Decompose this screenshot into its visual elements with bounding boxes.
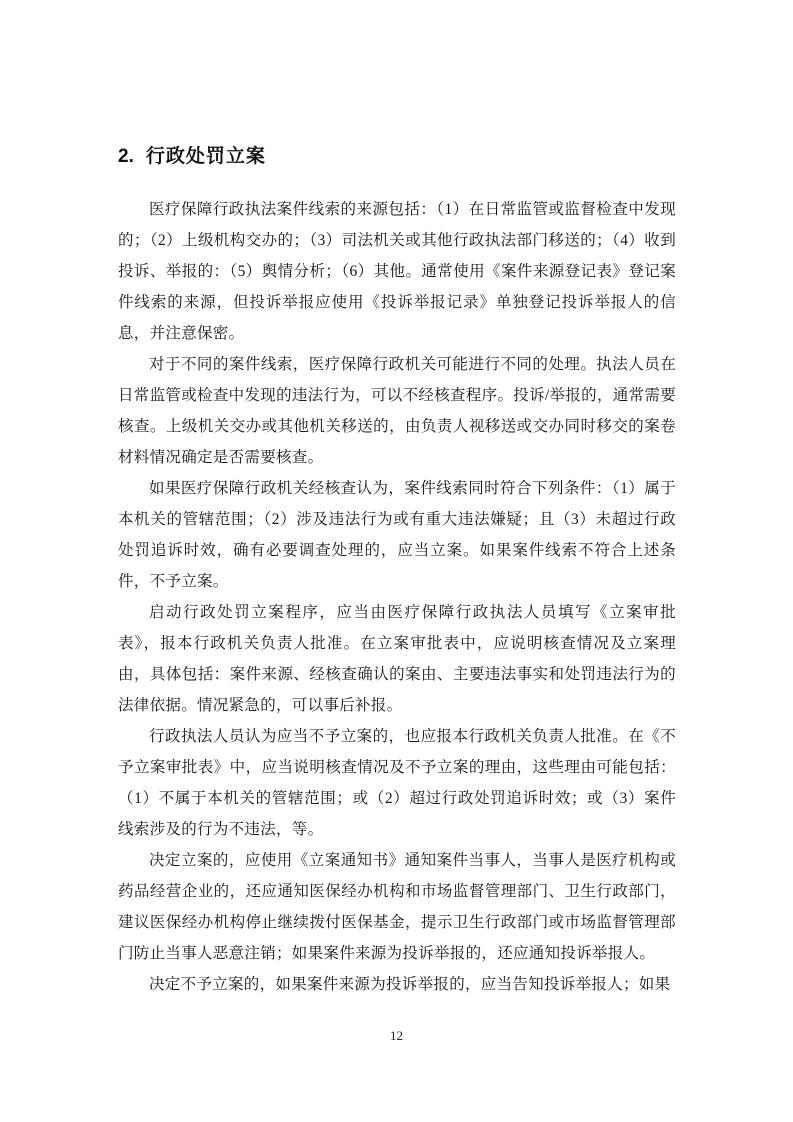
page-number: 12 <box>0 1028 793 1044</box>
body-paragraphs: 医疗保障行政执法案件线索的来源包括：（1）在日常监管或监督检查中发现的；（2）上… <box>118 194 676 1000</box>
section-title: 行政处罚立案 <box>146 146 266 167</box>
page-content: 2.行政处罚立案 医疗保障行政执法案件线索的来源包括：（1）在日常监管或监督检查… <box>118 144 676 1000</box>
paragraph: 决定不予立案的，如果案件来源为投诉举报的，应当告知投诉举报人；如果 <box>118 969 676 1000</box>
section-number: 2. <box>118 146 134 167</box>
paragraph: 决定立案的，应使用《立案通知书》通知案件当事人，当事人是医疗机构或药品经营企业的… <box>118 845 676 969</box>
paragraph: 对于不同的案件线索，医疗保障行政机关可能进行不同的处理。执法人员在日常监管或检查… <box>118 349 676 473</box>
paragraph: 医疗保障行政执法案件线索的来源包括：（1）在日常监管或监督检查中发现的；（2）上… <box>118 194 676 349</box>
section-heading: 2.行政处罚立案 <box>118 144 676 170</box>
paragraph: 启动行政处罚立案程序，应当由医疗保障行政执法人员填写《立案审批表》，报本行政机关… <box>118 597 676 721</box>
document-page: 2.行政处罚立案 医疗保障行政执法案件线索的来源包括：（1）在日常监管或监督检查… <box>0 0 793 1122</box>
paragraph: 行政执法人员认为应当不予立案的，也应报本行政机关负责人批准。在《不予立案审批表》… <box>118 721 676 845</box>
paragraph: 如果医疗保障行政机关经核查认为，案件线索同时符合下列条件：（1）属于本机关的管辖… <box>118 473 676 597</box>
